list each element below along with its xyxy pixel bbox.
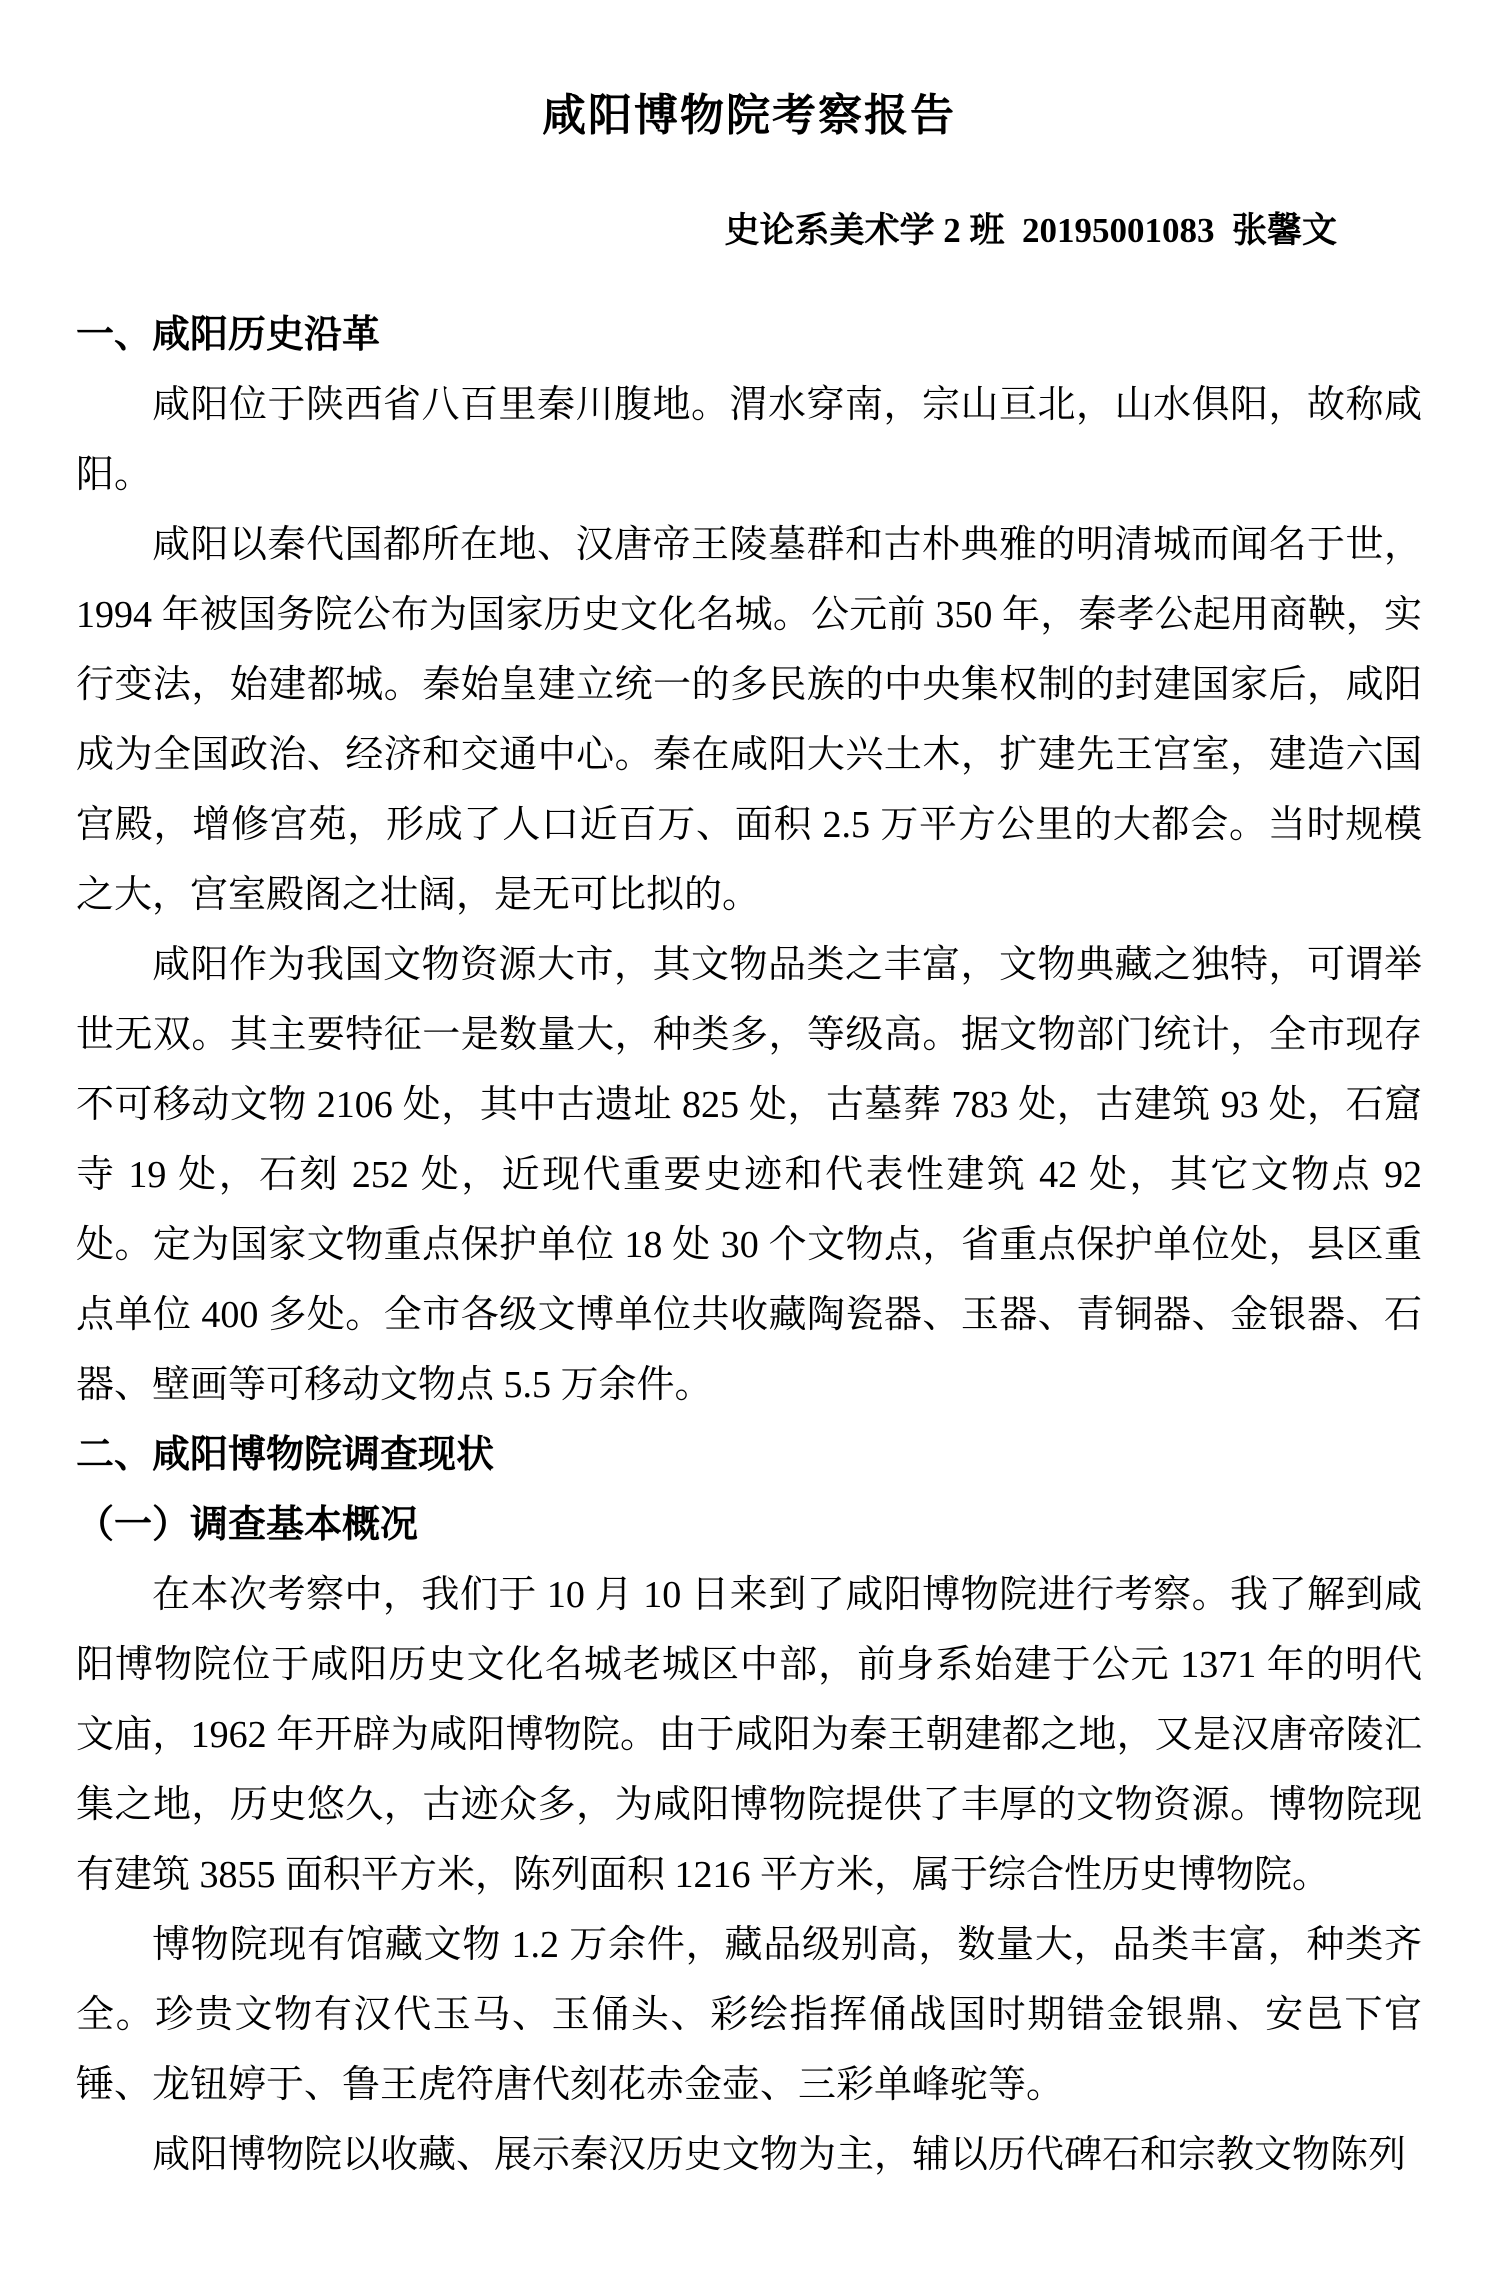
section-2-subheading: （一）调查基本概况: [76, 1490, 1422, 1560]
section-1-paragraph-2: 咸阳以秦代国都所在地、汉唐帝王陵墓群和古朴典雅的明清城而闻名于世，1994 年被…: [76, 510, 1422, 930]
section-1-heading: 一、咸阳历史沿革: [76, 300, 1422, 370]
section-2-paragraph-2: 博物院现有馆藏文物 1.2 万余件，藏品级别高，数量大，品类丰富，种类齐全。珍贵…: [76, 1910, 1422, 2120]
section-2-heading: 二、咸阳博物院调查现状: [76, 1420, 1422, 1490]
section-2-paragraph-1: 在本次考察中，我们于 10 月 10 日来到了咸阳博物院进行考察。我了解到咸阳博…: [76, 1560, 1422, 1910]
byline: 史论系美术学 2 班 20195001083 张馨文: [76, 209, 1337, 253]
section-1-paragraph-1: 咸阳位于陕西省八百里秦川腹地。渭水穿南，宗山亘北，山水俱阳，故称咸阳。: [76, 370, 1422, 510]
page-title: 咸阳博物院考察报告: [76, 85, 1422, 147]
document-page: 咸阳博物院考察报告 史论系美术学 2 班 20195001083 张馨文 一、咸…: [0, 0, 1500, 2296]
section-2-paragraph-3: 咸阳博物院以收藏、展示秦汉历史文物为主，辅以历代碑石和宗教文物陈列: [76, 2120, 1422, 2190]
section-1-paragraph-3: 咸阳作为我国文物资源大市，其文物品类之丰富，文物典藏之独特，可谓举世无双。其主要…: [76, 930, 1422, 1420]
